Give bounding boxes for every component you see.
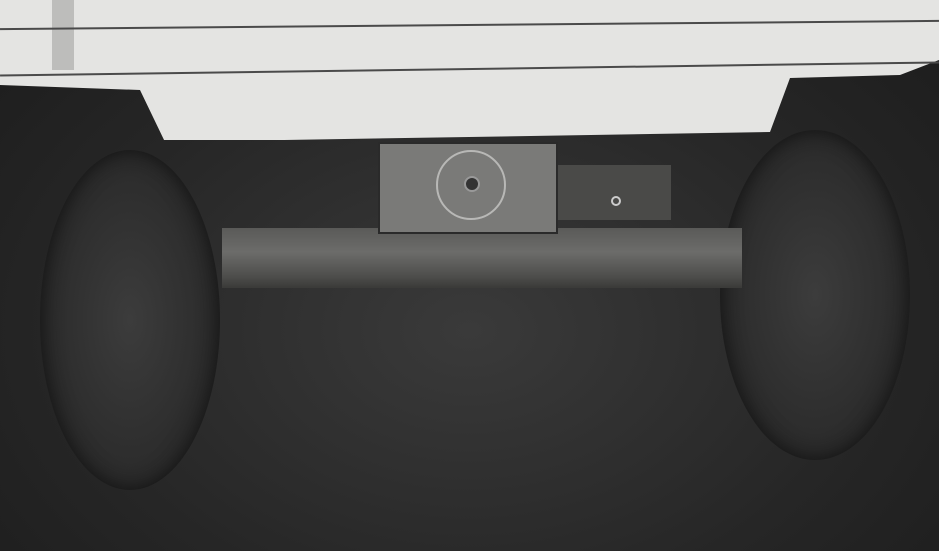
mounting-plate xyxy=(378,142,558,234)
photograph xyxy=(0,0,939,551)
hub xyxy=(464,176,480,192)
axle-beam xyxy=(222,228,742,288)
right-wheel xyxy=(720,130,910,460)
bolt xyxy=(611,196,621,206)
post xyxy=(52,0,74,70)
bracket-block xyxy=(556,165,671,220)
left-wheel xyxy=(40,150,220,490)
